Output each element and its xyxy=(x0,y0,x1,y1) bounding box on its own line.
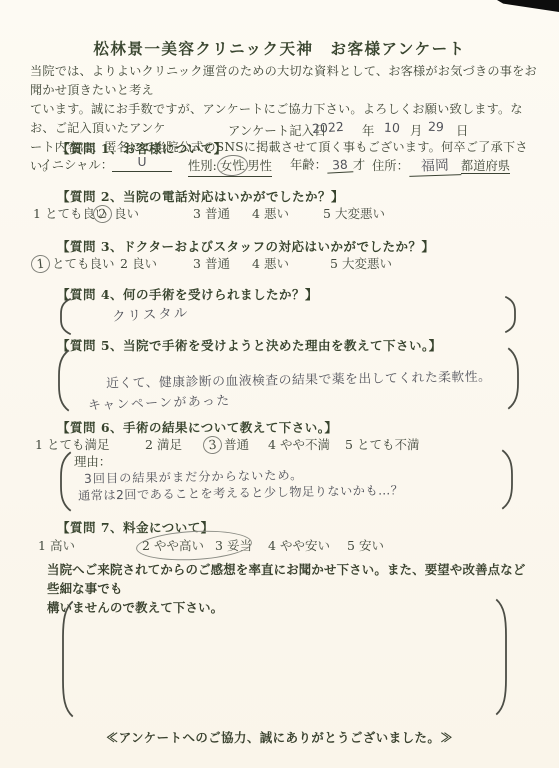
q3-options: 1とても良い 2良い 3普通 4悪い 5大変悪い xyxy=(0,254,559,276)
q6-option-5-label: とても不満 xyxy=(357,437,420,452)
q1-address-unit: 都道府県 xyxy=(461,159,510,174)
q2-option-1-num: 1 xyxy=(33,206,41,221)
q6-option-2: 2満足 xyxy=(145,435,182,453)
q2-option-4: 4悪い xyxy=(252,204,289,222)
q5-header: 【質問 5、当院で手術を受けようと決めた理由を教えて下さい。】 xyxy=(57,336,442,354)
q3-option-5-label: 大変悪い xyxy=(342,256,392,271)
q6-option-5: 5とても不満 xyxy=(345,435,419,453)
q3-option-2-num: 2 xyxy=(120,256,128,271)
q1-initial-value: U xyxy=(112,155,172,172)
q1-address-label: 住所： xyxy=(372,159,409,173)
date-day-unit: 日 xyxy=(456,121,468,139)
q3-option-4-label: 悪い xyxy=(264,256,289,271)
q7-option-1: 1高い xyxy=(38,536,75,554)
q6-option-1-label: とても満足 xyxy=(47,437,110,452)
q6-option-4-label: やや不満 xyxy=(280,437,330,452)
feedback-bracket-left xyxy=(60,599,75,719)
date-month-unit: 月 xyxy=(410,121,422,139)
intro-line-1: 当院では、よりよいクリニック運営のための大切な資料として、お客様がお気づきの事を… xyxy=(30,62,545,100)
q3-header: 【質問 3、ドクターおよびスタッフの対応はいかがでしたか？】 xyxy=(57,237,435,255)
q3-option-3: 3普通 xyxy=(193,254,230,272)
q6-option-2-label: 満足 xyxy=(157,437,182,452)
q4-bracket-right xyxy=(503,296,518,333)
q7-option-1-num: 1 xyxy=(38,538,46,553)
corner-scan-mark xyxy=(497,0,559,12)
q1-initial-handwriting: U xyxy=(137,155,146,169)
q2-option-5: 5大変悪い xyxy=(323,204,385,222)
q7-option-4-num: 4 xyxy=(268,538,276,553)
q7-option-4: 4やや安い xyxy=(268,536,330,554)
q3-option-5-num: 5 xyxy=(330,256,338,271)
q3-option-1-selected: 1とても良い xyxy=(31,254,115,273)
q7-option-5: 5安い xyxy=(347,536,384,554)
q5-bracket-left xyxy=(56,349,71,412)
feedback-prompt-line-2: 構いませんので教えて下さい。 xyxy=(47,598,527,617)
q2-option-5-num: 5 xyxy=(323,206,331,221)
q2-option-3-label: 普通 xyxy=(205,206,230,221)
q2-option-2-selected: 2良い xyxy=(93,204,139,223)
q3-option-4: 4悪い xyxy=(252,254,289,272)
q1-gender-female-circled: 女性 xyxy=(216,154,248,177)
date-year-value: 2022 xyxy=(312,119,345,136)
q7-option-4-label: やや安い xyxy=(280,538,330,553)
q4-answer-handwriting: クリスタル xyxy=(112,301,190,325)
q6-option-3-num-circled: 3 xyxy=(202,435,223,455)
q1-age-label: 年齢： xyxy=(290,158,327,172)
q3-option-4-num: 4 xyxy=(252,256,260,271)
date-year-unit: 年 xyxy=(362,121,374,139)
q3-option-3-num: 3 xyxy=(193,256,201,271)
q2-option-5-label: 大変悪い xyxy=(335,206,385,221)
q6-reason-bracket-right xyxy=(500,449,515,510)
q6-reason-bracket-left xyxy=(58,451,73,512)
q3-option-3-label: 普通 xyxy=(205,256,230,271)
q6-option-3-selected: 3普通 xyxy=(203,435,249,454)
q7-option-5-label: 安い xyxy=(359,538,384,553)
q1-fields: イニシャル： U 性別:女性男性 年齢：38才 住所：福岡都道府県 xyxy=(0,155,559,177)
q7-options: 1高い 2やや高い 3妥当 4やや安い 5安い xyxy=(0,536,559,558)
q6-option-2-num: 2 xyxy=(145,437,153,452)
q2-options: 1とても良い 2良い 3普通 4悪い 5大変悪い xyxy=(0,204,559,226)
q6-header: 【質問 6、手術の結果について教えて下さい。】 xyxy=(57,418,338,436)
q1-age-unit: 才 xyxy=(353,158,365,172)
q2-option-4-label: 悪い xyxy=(264,206,289,221)
q6-option-3-label: 普通 xyxy=(224,437,249,452)
survey-document: 松林景一美容クリニック天神 お客様アンケート 当院では、よりよいクリニック運営の… xyxy=(0,0,559,768)
q6-reason-label: 理由： xyxy=(74,452,111,470)
q1-initial-label: イニシャル： xyxy=(40,155,113,173)
q6-option-5-num: 5 xyxy=(345,437,353,452)
q2-option-3: 3普通 xyxy=(193,204,230,222)
q7-option-1-label: 高い xyxy=(50,538,75,553)
q3-option-1-label: とても良い xyxy=(52,256,115,271)
q2-option-2-num-circled: 2 xyxy=(92,204,113,224)
q1-address-group: 住所：福岡都道府県 xyxy=(372,155,510,176)
date-day-value: 29 xyxy=(428,119,444,135)
thanks-note: ≪アンケートへのご協力、誠にありがとうございました。≫ xyxy=(0,728,559,746)
q5-answer-line-1: 近くて、健康診断の血液検査の結果で薬を出してくれた柔軟性。 xyxy=(106,366,492,392)
q1-age-group: 年齢：38才 xyxy=(290,155,365,173)
q1-address-value: 福岡 xyxy=(409,154,462,177)
q2-option-2-label: 良い xyxy=(114,206,139,221)
feedback-bracket-right xyxy=(494,597,509,717)
q5-bracket-right xyxy=(506,347,521,410)
q3-option-2-label: 良い xyxy=(132,256,157,271)
feedback-prompt-line-1: 当院へご来院されてからのご感想を率直にお聞かせ下さい。また、要望や改善点など些細… xyxy=(47,560,527,598)
feedback-prompt: 当院へご来院されてからのご感想を率直にお聞かせ下さい。また、要望や改善点など些細… xyxy=(47,560,527,617)
q6-option-1-num: 1 xyxy=(35,437,43,452)
q5-answer-line-2: キャンペーンがあった xyxy=(88,390,231,414)
survey-date-line: アンケート記入日 2022 年 10 月 29 日 xyxy=(0,121,559,141)
date-month-value: 10 xyxy=(384,120,401,136)
q1-gender-male: 男性 xyxy=(247,159,272,173)
q6-option-4-num: 4 xyxy=(268,437,276,452)
q3-option-1-num-circled: 1 xyxy=(30,254,51,274)
page-title: 松林景一美容クリニック天神 お客様アンケート xyxy=(0,37,559,59)
q1-age-value: 38 xyxy=(327,157,354,173)
q7-option-5-num: 5 xyxy=(347,538,355,553)
q1-gender-label: 性別: xyxy=(188,159,217,173)
q2-option-3-num: 3 xyxy=(193,206,201,221)
q3-option-5: 5大変悪い xyxy=(330,254,392,272)
q3-option-2: 2良い xyxy=(120,254,157,272)
q4-bracket-left xyxy=(58,298,73,335)
q6-option-4: 4やや不満 xyxy=(268,435,330,453)
q2-header: 【質問 2、当院の電話対応はいかがでしたか？】 xyxy=(57,187,344,205)
q1-gender-group: 性別:女性男性 xyxy=(188,155,272,177)
q2-option-4-num: 4 xyxy=(252,206,260,221)
